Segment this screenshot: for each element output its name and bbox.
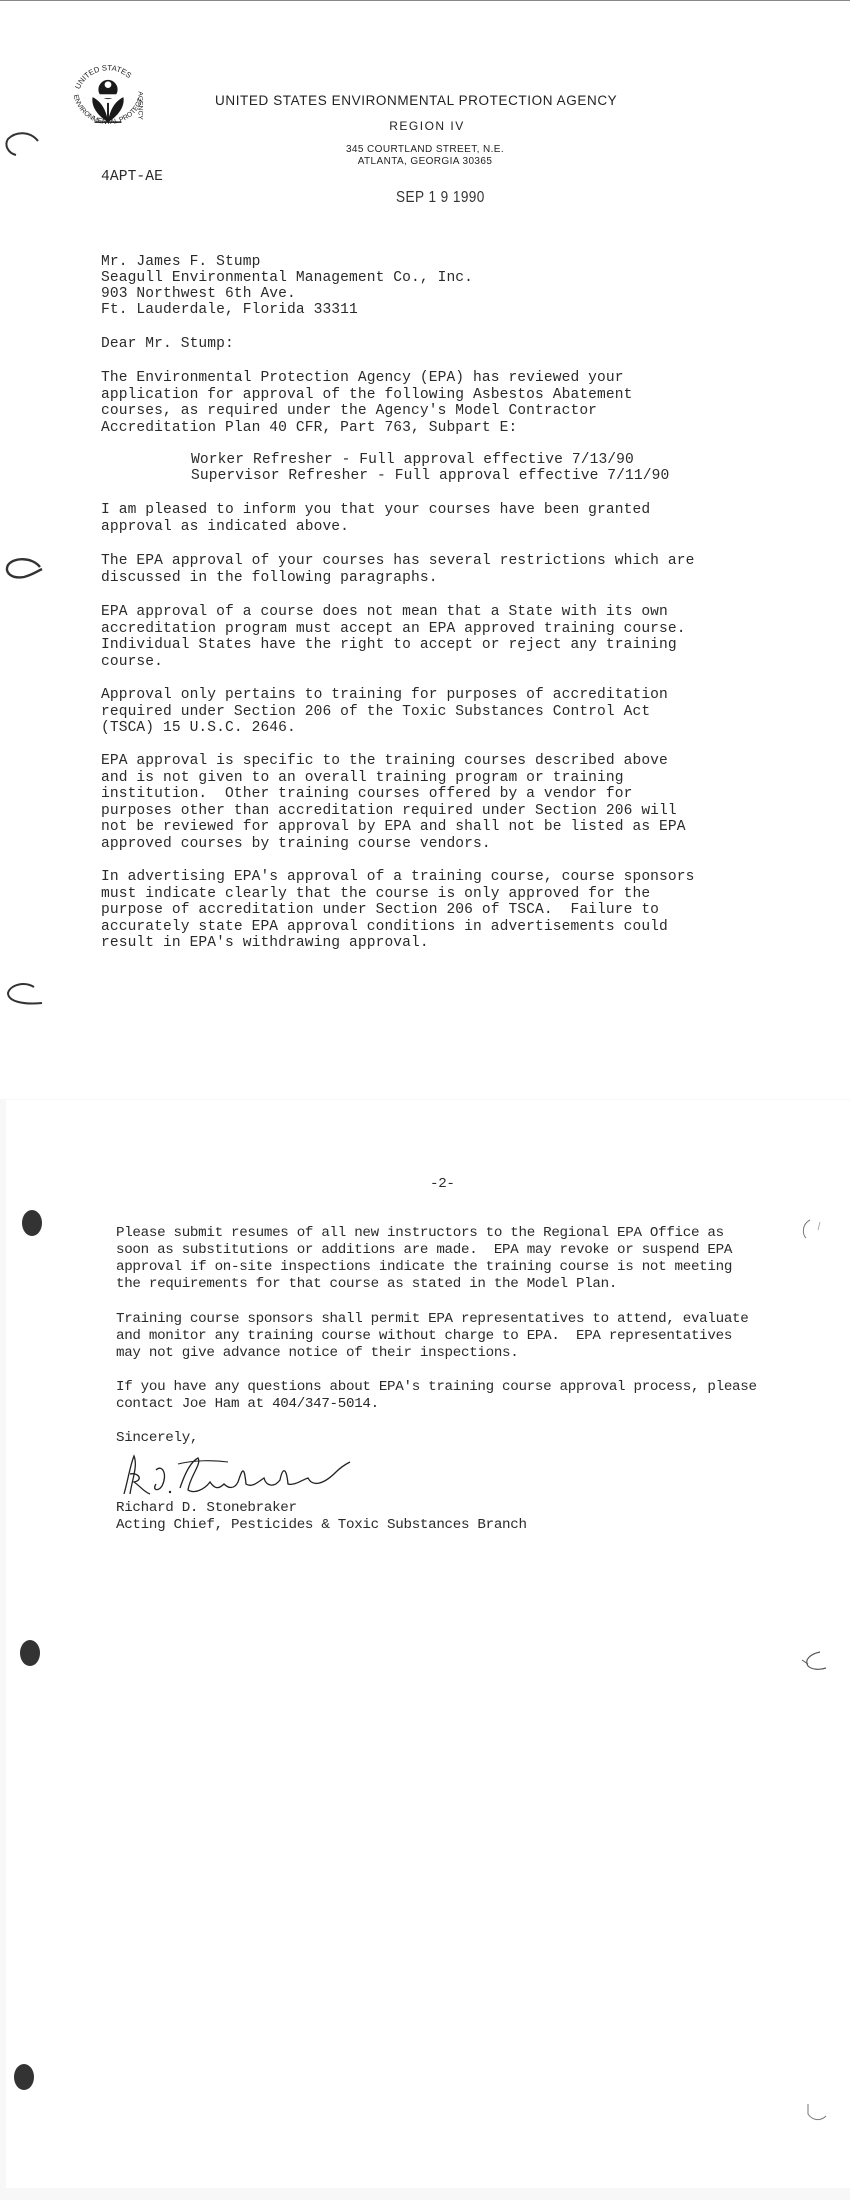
signer-name: Richard D. Stonebraker xyxy=(116,1500,297,1517)
seal-side-text: AGENCY xyxy=(137,91,144,120)
recipient-street: 903 Northwest 6th Ave. xyxy=(101,286,296,303)
body-paragraph: Training course sponsors shall permit EP… xyxy=(116,1311,748,1362)
body-paragraph: Approval only pertains to training for p… xyxy=(101,687,668,737)
letter-page-2: -2- Please submit resumes of all new ins… xyxy=(6,1100,850,2188)
body-paragraph: EPA approval of a course does not mean t… xyxy=(101,604,686,670)
body-paragraph: EPA approval is specific to the training… xyxy=(101,753,686,852)
punch-hole-mark-icon xyxy=(2,979,46,1009)
date-stamp: SEP 1 9 1990 xyxy=(396,189,485,207)
salutation: Dear Mr. Stump: xyxy=(101,336,234,353)
body-paragraph: The Environmental Protection Agency (EPA… xyxy=(101,370,632,436)
punch-hole-mark-icon xyxy=(2,121,42,157)
punch-hole-mark-icon xyxy=(798,1648,834,1674)
binder-hole-icon xyxy=(22,1210,42,1236)
epa-seal-icon: UNITED STATES ENVIRONMENTAL PROTECTION A… xyxy=(60,53,156,149)
body-paragraph: In advertising EPA's approval of a train… xyxy=(101,869,694,952)
agency-name: UNITED STATES ENVIRONMENTAL PROTECTION A… xyxy=(215,93,617,108)
punch-hole-mark-icon xyxy=(796,1218,826,1240)
binder-hole-icon xyxy=(20,1640,40,1666)
recipient-name: Mr. James F. Stump xyxy=(101,254,260,271)
reference-code: 4APT-AE xyxy=(101,169,163,186)
letter-page-1: UNITED STATES ENVIRONMENTAL PROTECTION A… xyxy=(0,0,850,1099)
punch-hole-mark-icon xyxy=(804,2102,834,2126)
course-item: Worker Refresher - Full approval effecti… xyxy=(191,452,634,469)
address-line-2: ATLANTA, GEORGIA 30365 xyxy=(0,156,850,167)
region-name: REGION IV xyxy=(0,119,850,133)
body-paragraph: The EPA approval of your courses has sev… xyxy=(101,553,694,586)
closing: Sincerely, xyxy=(116,1430,198,1447)
course-item: Supervisor Refresher - Full approval eff… xyxy=(191,468,669,485)
recipient-company: Seagull Environmental Management Co., In… xyxy=(101,270,473,287)
punch-hole-mark-icon xyxy=(2,553,46,583)
signer-title: Acting Chief, Pesticides & Toxic Substan… xyxy=(116,1517,527,1534)
body-paragraph: Please submit resumes of all new instruc… xyxy=(116,1225,732,1293)
binder-hole-icon xyxy=(14,2064,34,2090)
address-line-1: 345 COURTLAND STREET, N.E. xyxy=(0,144,850,155)
page-number: -2- xyxy=(430,1176,455,1193)
body-paragraph: If you have any questions about EPA's tr… xyxy=(116,1379,757,1413)
body-paragraph: I am pleased to inform you that your cou… xyxy=(101,502,650,535)
handwritten-signature-icon xyxy=(118,1450,358,1500)
recipient-city: Ft. Lauderdale, Florida 33311 xyxy=(101,302,358,319)
